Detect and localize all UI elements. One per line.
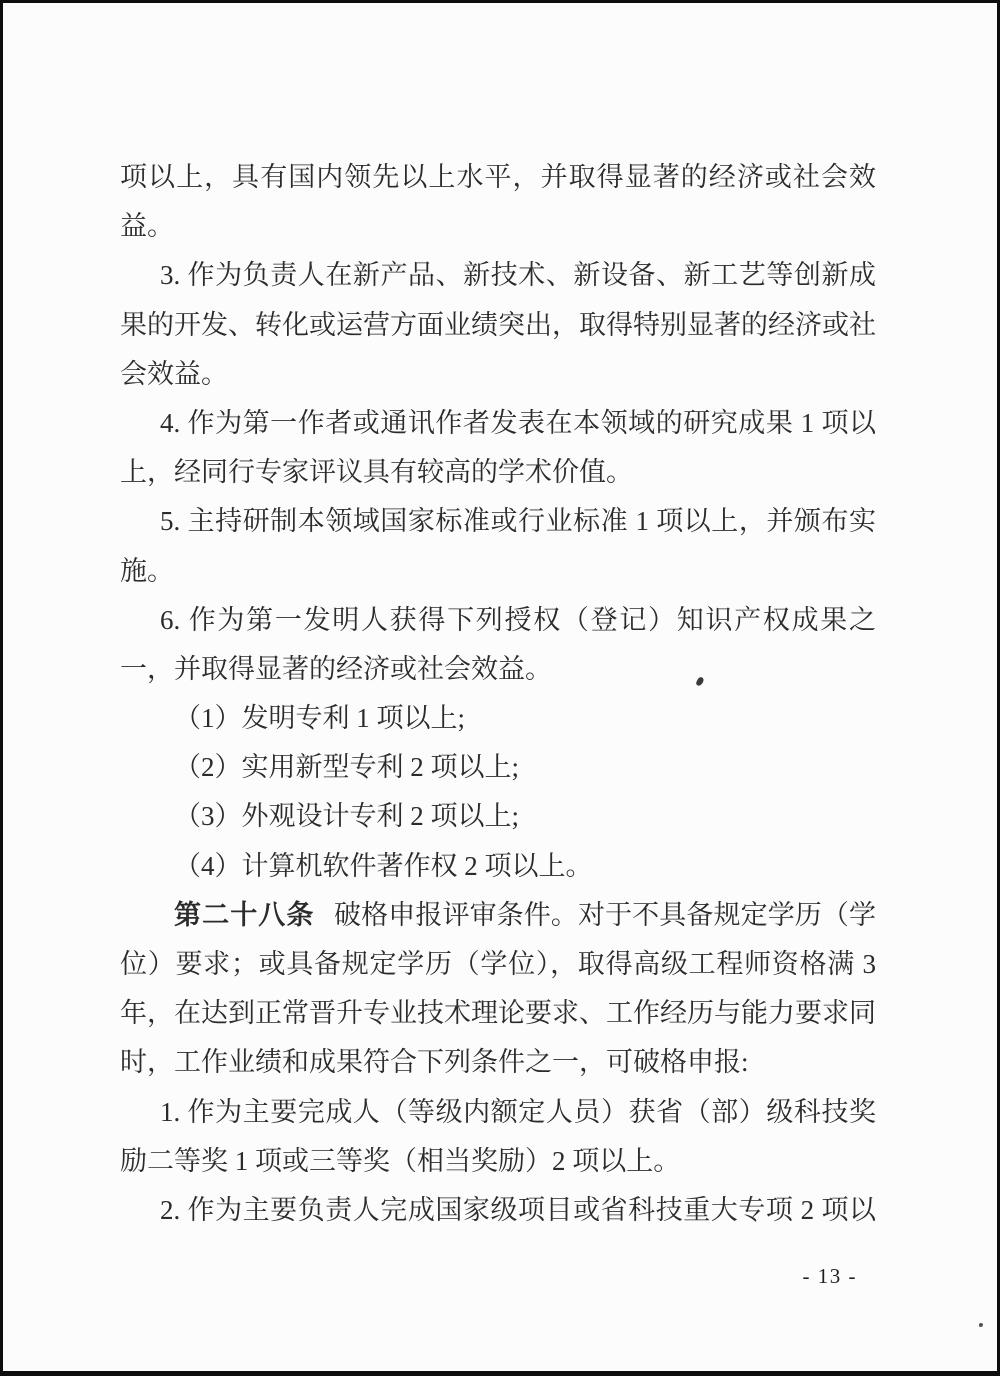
text-line: 4. 作为第一作者或通讯作者发表在本领域的研究成果 1 项以 (120, 399, 876, 448)
text-line: 1. 作为主要完成人（等级内额定人员）获省（部）级科技奖 (120, 1088, 876, 1137)
text-line: 项以上，具有国内领先以上水平，并取得显著的经济或社会效 (120, 153, 876, 202)
text-line: 一，并取得显著的经济或社会效益。 (120, 645, 876, 694)
text-line: 施。 (120, 547, 876, 596)
page-number: - 13 - (803, 1264, 858, 1289)
text-line: 上，经同行专家评议具有较高的学术价值。 (120, 448, 876, 497)
document-body: 项以上，具有国内领先以上水平，并取得显著的经济或社会效益。3. 作为负责人在新产… (120, 153, 876, 1235)
text-line: 益。 (120, 202, 876, 251)
text-line: 第二十八条破格申报评审条件。对于不具备规定学历（学 (120, 891, 876, 940)
text-line: 3. 作为负责人在新产品、新技术、新设备、新工艺等创新成 (120, 251, 876, 300)
text-line: 位）要求；或具备规定学历（学位），取得高级工程师资格满 3 (120, 940, 876, 989)
text-line: （4）计算机软件著作权 2 项以上。 (120, 842, 876, 891)
text-line: （2）实用新型专利 2 项以上; (120, 743, 876, 792)
text-line: 会效益。 (120, 350, 876, 399)
text-line: 6. 作为第一发明人获得下列授权（登记）知识产权成果之 (120, 596, 876, 645)
document-page: 项以上，具有国内领先以上水平，并取得显著的经济或社会效益。3. 作为负责人在新产… (0, 0, 1000, 1376)
text-line: 果的开发、转化或运营方面业绩突出，取得特别显著的经济或社 (120, 301, 876, 350)
text-line: （3）外观设计专利 2 项以上; (120, 792, 876, 841)
text-line: 2. 作为主要负责人完成国家级项目或省科技重大专项 2 项以 (120, 1186, 876, 1235)
scan-speck (979, 1323, 983, 1327)
text-line: 励二等奖 1 项或三等奖（相当奖励）2 项以上。 (120, 1137, 876, 1186)
text-line: 时，工作业绩和成果符合下列条件之一，可破格申报: (120, 1038, 876, 1087)
text-line: 5. 主持研制本领域国家标准或行业标准 1 项以上，并颁布实 (120, 497, 876, 546)
text-line: 年，在达到正常晋升专业技术理论要求、工作经历与能力要求同 (120, 989, 876, 1038)
text-line: （1）发明专利 1 项以上; (120, 694, 876, 743)
article-number: 第二十八条 (174, 900, 315, 930)
